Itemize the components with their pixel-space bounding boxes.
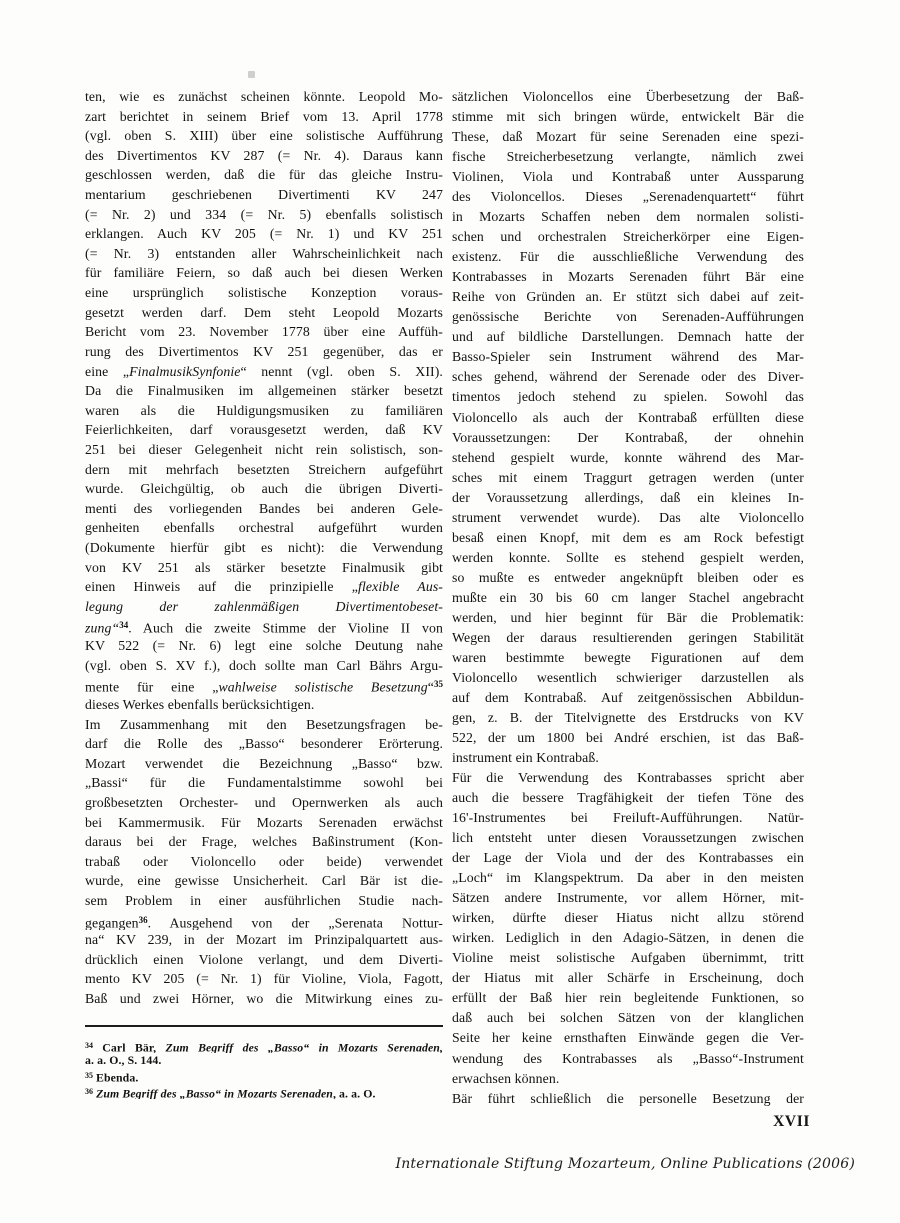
text-line: ten, wie es zunächst scheinen könnte. Le…	[85, 87, 443, 107]
text-line: Im Zusammenhang mit den Besetzungsfragen…	[85, 715, 443, 735]
text-line: lich entsteht unter diesen Voraussetzung…	[452, 828, 804, 848]
text-line: (= Nr. 2) und 334 (= Nr. 5) ebenfalls so…	[85, 205, 443, 225]
text-line: und auf bildliche Darstellungen. Demnach…	[452, 327, 804, 347]
text-line: 251 bei dieser Gelegenheit nicht rein so…	[85, 440, 443, 460]
text-line: erklangen. Auch KV 205 (= Nr. 1) und KV …	[85, 224, 443, 244]
text-line: stehend gespielt wurde, konnte während d…	[452, 448, 804, 468]
text-line: erwachsen können.	[452, 1069, 804, 1089]
text-line: wurde, eine gewisse Unsicherheit. Carl B…	[85, 871, 443, 891]
text-line: mento KV 205 (= Nr. 1) für Violine, Viol…	[85, 969, 443, 989]
text-line: zart berichtet in seinem Brief vom 13. A…	[85, 107, 443, 127]
publication-footer: Internationale Stiftung Mozarteum, Onlin…	[395, 1156, 855, 1172]
text-line: Da die Finalmusiken im allgemeinen stärk…	[85, 381, 443, 401]
scan-artifact	[248, 71, 255, 78]
text-line: in Mozarts Schaffen neben dem normalen s…	[452, 207, 804, 227]
text-line: des Violoncellos. Dieses „Serenadenquart…	[452, 187, 804, 207]
text-line: stimme mit sich bringen würde, entwickel…	[452, 107, 804, 127]
text-line: drücklich einen Violone verlangt, und de…	[85, 950, 443, 970]
text-line: 16'-Instrumentes bei Freiluft-Aufführung…	[452, 808, 804, 828]
footnote-line: a. a. O., S. 144.	[85, 1053, 443, 1068]
text-line: fische Streicherbesetzung verlangte, näm…	[452, 147, 804, 167]
text-line: gen, z. B. der Titelvignette des Erstdru…	[452, 708, 804, 728]
text-line: eine „FinalmusikSynfonie“ nennt (vgl. ob…	[85, 362, 443, 382]
text-line: von KV 251 als stärker besetzte Finalmus…	[85, 558, 443, 578]
text-line: sches mit einem Traggurt getragen werden…	[452, 468, 804, 488]
text-line: rung des Divertimentos KV 251 gegenüber,…	[85, 342, 443, 362]
text-line: These, daß Mozart für seine Serenaden ei…	[452, 127, 804, 147]
text-line: zung“34. Auch die zweite Stimme der Viol…	[85, 616, 443, 636]
text-line: Bär führt schließlich die personelle Bes…	[452, 1089, 804, 1109]
text-line: mußte ein 30 bis 60 cm langer Stachel an…	[452, 588, 804, 608]
text-line: geschlossen werden, daß die für das glei…	[85, 165, 443, 185]
text-line: (Dokumente hierfür gibt es nicht): die V…	[85, 538, 443, 558]
text-line: Seite her keine ernsthaften Einwände geg…	[452, 1028, 804, 1048]
text-line: sches gehend, während der Serenade oder …	[452, 367, 804, 387]
text-line: besaß einen Knopf, mit dem es am Rock be…	[452, 528, 804, 548]
text-line: Wegen der daraus resultierenden geringen…	[452, 628, 804, 648]
right-column: sätzlichen Violoncellos eine Überbesetzu…	[452, 87, 804, 1109]
text-line: Basso-Spieler sein Instrument während de…	[452, 347, 804, 367]
text-line: der Lage der Viola und der des Kontrabas…	[452, 848, 804, 868]
text-line: sem Problem in einer ausführlichen Studi…	[85, 891, 443, 911]
text-line: Feierlichkeiten, darf vorausgesetzt werd…	[85, 420, 443, 440]
text-line: so mußte es entweder angeknüpft bleiben …	[452, 568, 804, 588]
text-line: großbesetzten Orchester- und Opernwerken…	[85, 793, 443, 813]
text-line: auf dem Kontrabaß. Auf zeitgenössischen …	[452, 688, 804, 708]
text-line: Kontrabasses in Mozarts Serenaden führt …	[452, 267, 804, 287]
footnote-line: 36 Zum Begriff des „Basso“ in Mozarts Se…	[85, 1084, 443, 1099]
text-line: daß auch bei solchen Sätzen von der klan…	[452, 1008, 804, 1028]
text-line: Sätzen andere Instrumente, vor allem Hör…	[452, 888, 804, 908]
text-line: KV 522 (= Nr. 6) legt eine solche Deutun…	[85, 636, 443, 656]
text-line: (= Nr. 3) entstanden aller Wahrscheinlic…	[85, 244, 443, 264]
text-line: sätzlichen Violoncellos eine Überbesetzu…	[452, 87, 804, 107]
text-line: für familiäre Feiern, so daß auch bei di…	[85, 263, 443, 283]
text-line: darf die Rolle des „Basso“ besonderer Er…	[85, 734, 443, 754]
document-page: ten, wie es zunächst scheinen könnte. Le…	[0, 0, 900, 1223]
text-line: mente für eine „wahlweise solistische Be…	[85, 675, 443, 695]
text-line: Mozart verwendet die Bezeichnung „Basso“…	[85, 754, 443, 774]
text-line: wurde. Gleichgültig, ob auch die übrigen…	[85, 479, 443, 499]
text-line: auch die bessere Tragfähigkeit der tiefe…	[452, 788, 804, 808]
text-line: Für die Verwendung des Kontrabasses spri…	[452, 768, 804, 788]
text-line: Violoncello wesentlich schwieriger darzu…	[452, 668, 804, 688]
text-line: Violinen, Viola und Kontrabaß unter Auss…	[452, 167, 804, 187]
text-line: dieses Werkes ebenfalls berücksichtigen.	[85, 695, 443, 715]
text-line: gegangen36. Ausgehend von der „Serenata …	[85, 911, 443, 931]
text-line: (vgl. oben S. XV f.), doch sollte man Ca…	[85, 656, 443, 676]
text-line: der Hiatus mit aller Schärfe in Erschein…	[452, 968, 804, 988]
text-line: waren bestimmte bewegte Figurationen auf…	[452, 648, 804, 668]
text-line: werden konnte. Sollte es stehend gespiel…	[452, 548, 804, 568]
text-line: timentos jedoch stehend zu spielen. Sowo…	[452, 387, 804, 407]
text-line: Violoncello als auch der Kontrabaß erfül…	[452, 408, 804, 428]
text-line: menti des vorliegenden Bandes bei andere…	[85, 499, 443, 519]
text-line: des Divertimentos KV 287 (= Nr. 4). Dara…	[85, 146, 443, 166]
text-line: wirken. Lediglich in den Adagio-Sätzen, …	[452, 928, 804, 948]
page-number: XVII	[773, 1113, 810, 1131]
text-line: Baß und zwei Hörner, wo die Mitwirkung e…	[85, 989, 443, 1009]
text-line: eine ursprünglich solistische Konzeption…	[85, 283, 443, 303]
text-line: (vgl. oben S. XIII) über eine solistisch…	[85, 126, 443, 146]
text-line: schen und orchestralen Streicherkörper e…	[452, 227, 804, 247]
text-line: genössische Berichte von Serenaden-Auffü…	[452, 307, 804, 327]
text-line: wendung des Kontrabasses als „Basso“-Ins…	[452, 1049, 804, 1069]
footnote-line: 34 Carl Bär, Zum Begriff des „Basso“ in …	[85, 1038, 443, 1053]
text-line: Voraussetzungen: Der Kontrabaß, der ohne…	[452, 428, 804, 448]
text-line: daraus bei der Frage, welches Baßinstrum…	[85, 832, 443, 852]
text-line: gesetzt werden darf. Dem steht Leopold M…	[85, 303, 443, 323]
text-line: strument verwendet wurde). Das alte Viol…	[452, 508, 804, 528]
text-line: wirken, dürfte dieser Hiatus nicht allzu…	[452, 908, 804, 928]
text-line: Reihe von Gründen an. Er stützt sich dab…	[452, 287, 804, 307]
footnote-line: 35 Ebenda.	[85, 1068, 443, 1083]
text-line: bei Kammermusik. Für Mozarts Serenaden e…	[85, 813, 443, 833]
footnotes: 34 Carl Bär, Zum Begriff des „Basso“ in …	[85, 1038, 443, 1100]
text-line: werden, und hier beginnt für Bär die Pro…	[452, 608, 804, 628]
text-line: existenz. Für die ausschließliche Verwen…	[452, 247, 804, 267]
text-line: instrument ein Kontrabaß.	[452, 748, 804, 768]
footnote-separator	[85, 1025, 443, 1027]
text-line: erfüllt der Baß hier rein begleitende Fu…	[452, 988, 804, 1008]
text-line: einen Hinweis auf die prinzipielle „flex…	[85, 577, 443, 597]
left-column-text: ten, wie es zunächst scheinen könnte. Le…	[85, 87, 443, 1009]
text-line: na“ KV 239, in der Mozart im Prinzipalqu…	[85, 930, 443, 950]
text-line: Bericht vom 23. November 1778 über eine …	[85, 322, 443, 342]
text-line: dern mit mehrfach besetzten Streichern a…	[85, 460, 443, 480]
text-line: legung der zahlenmäßigen Divertimentobes…	[85, 597, 443, 617]
left-column: ten, wie es zunächst scheinen könnte. Le…	[85, 87, 443, 1099]
text-line: 522, der um 1800 bei André erschien, ist…	[452, 728, 804, 748]
text-line: trabaß oder Violoncello oder beide) verw…	[85, 852, 443, 872]
right-column-text: sätzlichen Violoncellos eine Überbesetzu…	[452, 87, 804, 1109]
text-line: genheiten ebenfalls orchestral aufgeführ…	[85, 518, 443, 538]
text-line: Violine meist solistische Aufgaben übern…	[452, 948, 804, 968]
text-line: der Voraussetzung allerdings, daß ein kl…	[452, 488, 804, 508]
text-line: waren als die Huldigungsmusiken zu famil…	[85, 401, 443, 421]
text-line: „Bassi“ für die Fundamentalstimme sowohl…	[85, 773, 443, 793]
text-line: „Loch“ im Klangspektrum. Da aber in den …	[452, 868, 804, 888]
text-line: mentarium geschriebenen Divertimenti KV …	[85, 185, 443, 205]
